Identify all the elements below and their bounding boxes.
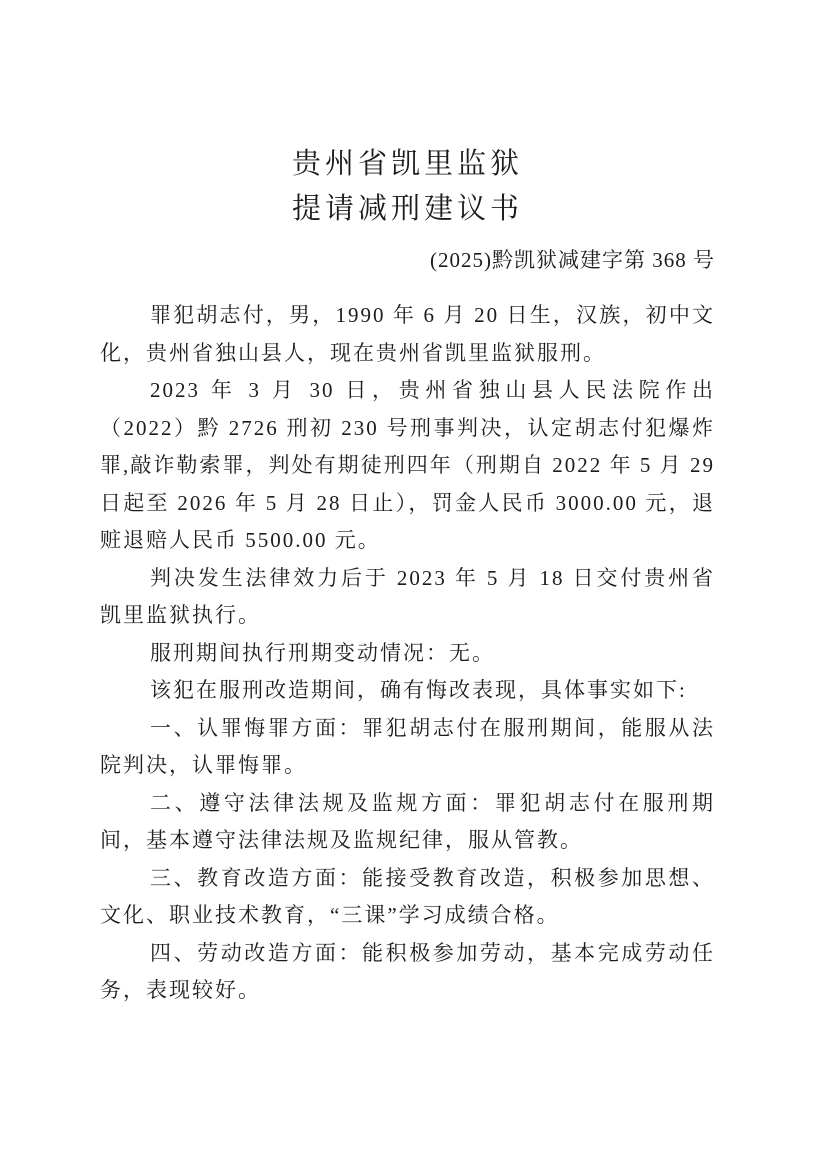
paragraph-prisoner-info: 罪犯胡志付，男，1990 年 6 月 20 日生，汉族，初中文化，贵州省独山县人… [100, 297, 715, 372]
paragraph-judgment-details: 2023 年 3 月 30 日，贵州省独山县人民法院作出（2022）黔 2726… [100, 372, 715, 560]
document-page: 贵州省凯里监狱 提请减刑建议书 (2025)黔凯狱减建字第 368 号 罪犯胡志… [0, 0, 827, 1169]
document-title-block: 贵州省凯里监狱 提请减刑建议书 [100, 142, 715, 232]
paragraph-item-4-labor-reform: 四、劳动改造方面：能积极参加劳动，基本完成劳动任务，表现较好。 [100, 935, 715, 1010]
paragraph-item-2-rule-compliance: 二、遵守法律法规及监规方面：罪犯胡志付在服刑期间，基本遵守法律法规及监规纪律，服… [100, 785, 715, 860]
document-body: 罪犯胡志付，男，1990 年 6 月 20 日生，汉族，初中文化，贵州省独山县人… [100, 297, 715, 1010]
document-title-type: 提请减刑建议书 [100, 187, 715, 232]
paragraph-term-change-status: 服刑期间执行刑期变动情况：无。 [100, 635, 715, 673]
paragraph-item-3-education-reform: 三、教育改造方面：能接受教育改造，积极参加思想、文化、职业技术教育，“三课”学习… [100, 860, 715, 935]
document-number: (2025)黔凯狱减建字第 368 号 [100, 242, 715, 279]
paragraph-reform-intro: 该犯在服刑改造期间，确有悔改表现，具体事实如下: [100, 672, 715, 710]
paragraph-item-1-guilt-admission: 一、认罪悔罪方面：罪犯胡志付在服刑期间，能服从法院判决，认罪悔罪。 [100, 710, 715, 785]
paragraph-delivery-to-prison: 判决发生法律效力后于 2023 年 5 月 18 日交付贵州省凯里监狱执行。 [100, 560, 715, 635]
document-content: 贵州省凯里监狱 提请减刑建议书 (2025)黔凯狱减建字第 368 号 罪犯胡志… [0, 0, 827, 1010]
document-title-org: 贵州省凯里监狱 [100, 142, 715, 187]
